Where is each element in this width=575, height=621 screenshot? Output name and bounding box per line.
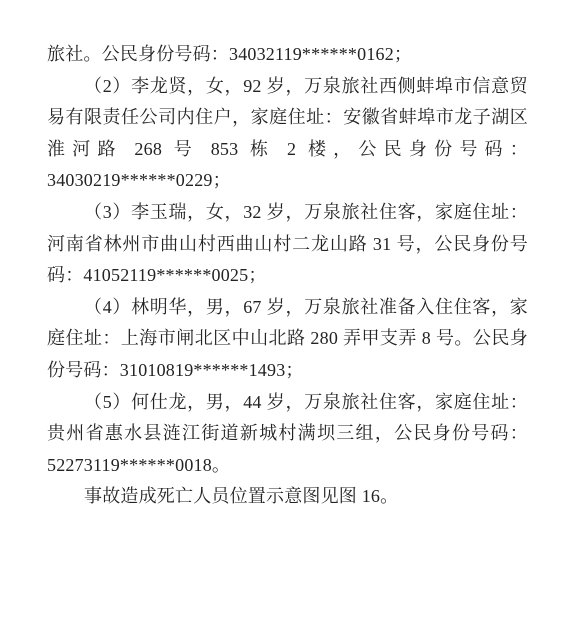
text-line: （2）李龙贤，女，92 岁，万泉旅社西侧蚌埠市信意贸 <box>47 71 528 103</box>
text-line: （4）林明华，男，67 岁，万泉旅社准备入住住客，家 <box>47 292 528 324</box>
text-line: 河南省林州市曲山村西曲山村二龙山路 31 号，公民身份号 <box>47 229 528 261</box>
text-line: 码：41052119******0025； <box>47 260 528 292</box>
document-viewer: { "page": { "background_color": "#ffffff… <box>0 0 575 621</box>
text-line: 34030219******0229； <box>47 165 528 197</box>
text-line: 淮河路 268 号 853 栋 2 楼，公民身份号码： <box>47 134 528 166</box>
text-line: （5）何仕龙，男，44 岁，万泉旅社住客，家庭住址： <box>47 387 528 419</box>
text-line: 贵州省惠水县涟江街道新城村满坝三组，公民身份号码： <box>47 418 528 450</box>
text-line: 事故造成死亡人员位置示意图见图 16。 <box>47 481 528 513</box>
document-page: 旅社。公民身份号码：34032119******0162；（2）李龙贤，女，92… <box>47 39 528 513</box>
text-line: 旅社。公民身份号码：34032119******0162； <box>47 39 528 71</box>
text-line: 易有限责任公司内住户，家庭住址：安徽省蚌埠市龙子湖区 <box>47 102 528 134</box>
text-line: 庭住址：上海市闸北区中山北路 280 弄甲支弄 8 号。公民身 <box>47 323 528 355</box>
text-line: （3）李玉瑞，女，32 岁，万泉旅社住客，家庭住址： <box>47 197 528 229</box>
text-line: 份号码：31010819******1493； <box>47 355 528 387</box>
text-line: 52273119******0018。 <box>47 450 528 482</box>
